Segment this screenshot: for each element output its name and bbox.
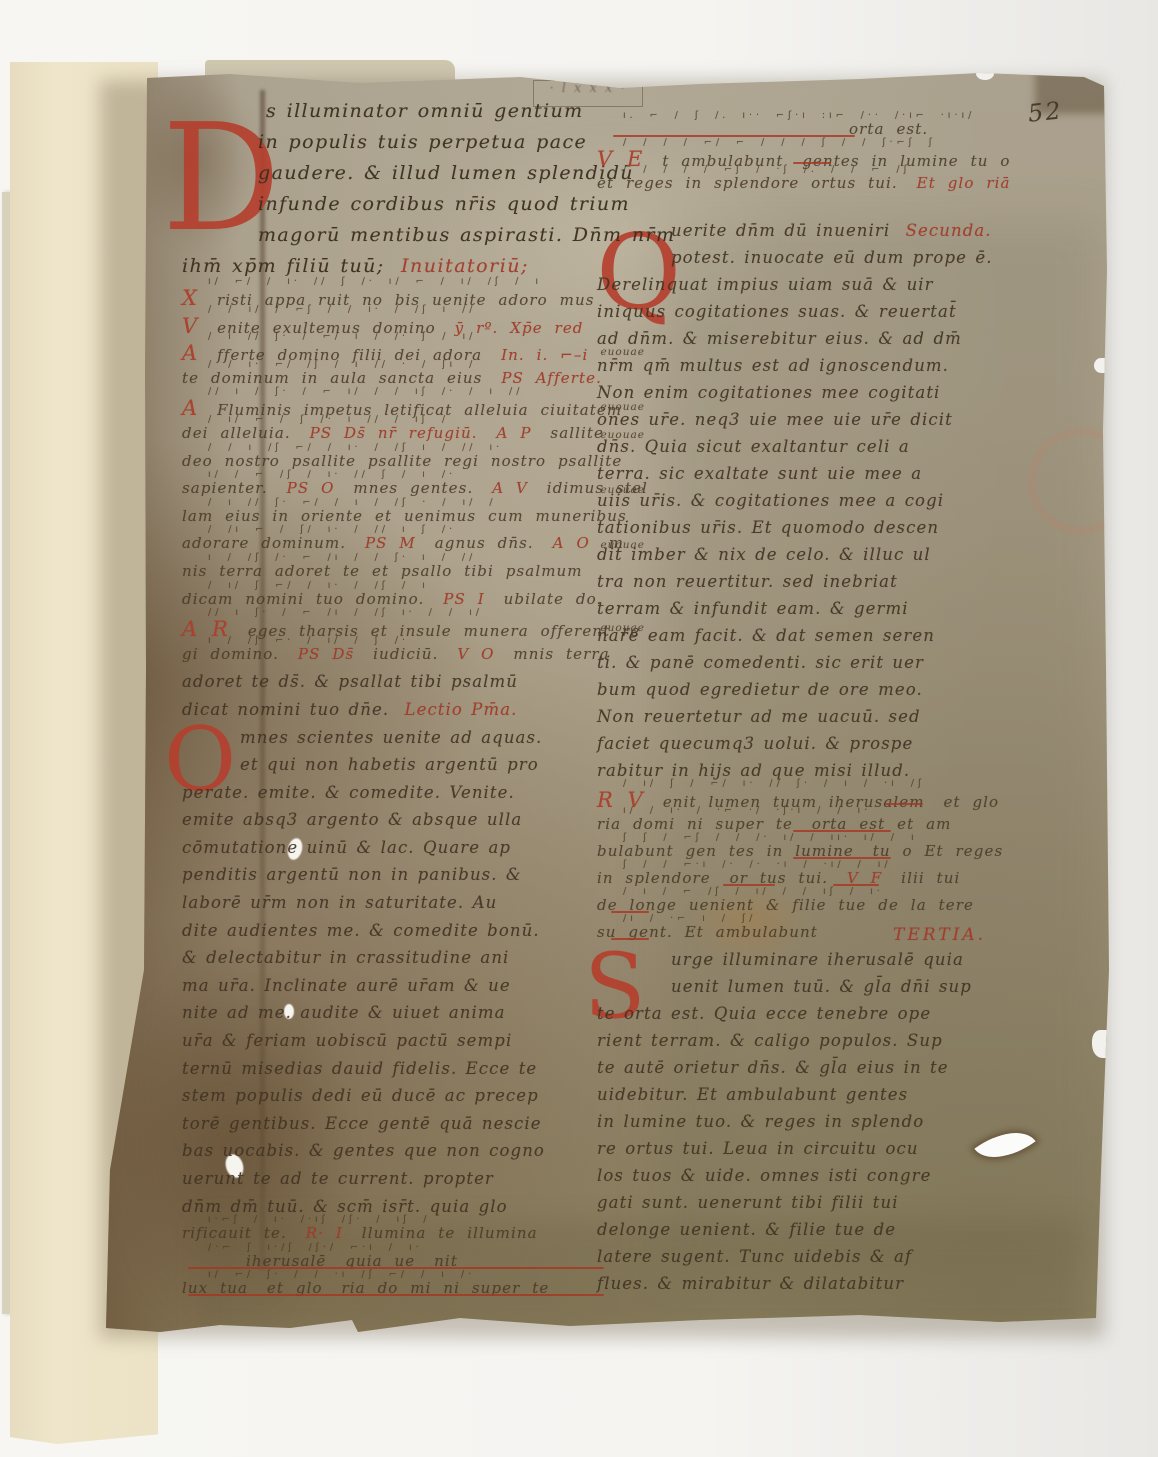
red-initial: V (182, 314, 198, 338)
text-line: laborē ur̄m non in saturitate. Au (182, 893, 618, 921)
line-text: nare eam facit. & dat semen seren (597, 626, 935, 645)
line-text: deo nostro psallite psallite regi nostro… (182, 452, 622, 470)
rubric-text: PS Afferte. (501, 369, 602, 387)
line-text: uenit lumen tuū. & gl̄a dn̄i sup (671, 977, 972, 996)
neume-row: ı∕ ⌐∕ ∕ ı· ∕∕ ʃ ∕· ı∕ ⌐ ∕ ı∕ ∕ʃ ∕ ı (208, 276, 542, 287)
neume-row: ı·⌐ʃ ∕ ı· ∕·ıʃ ∕ʃ· ∕ ıʃ ∕ (208, 1214, 431, 1225)
text-line: nare eam facit. & dat semen seren (597, 626, 1027, 653)
line-text: sallite (550, 424, 604, 442)
text-line: et qui non habetis argentū pro (182, 755, 618, 783)
line-text: ma ur̄a. Inclinate aurē ur̄am & ue (182, 976, 511, 995)
neume-row: ı ∕ ∕ʃ ⌐· ∕ ı∕ ∕ ʃ ∕· (208, 635, 409, 646)
neume-row: ı∕ ⌐∕ ʃ· ∕ ∕ ·ı ∕ʃ ⌐∕ ∕ ı ∕· (208, 1269, 475, 1280)
text-line: nite ad me. audite & uiuet anima (182, 1003, 618, 1031)
text-line: s illuminator omniū gentium (182, 100, 618, 131)
line-text: terra. sic exaltate sunt uie mee a (597, 464, 922, 483)
neume-row: ı∕ ∕ ⌐ ∕ʃ ∕ ı· ∕∕ ʃ ∕ ı ∕· (208, 469, 456, 480)
line-text: et qui non habetis argentū pro (240, 755, 539, 774)
rubric-text: PS Ds̄ nr̄ refugiū. (310, 424, 478, 442)
line-text: te autē orietur dn̄s. & gl̄a eius in te (597, 1058, 949, 1077)
text-line: cōmutatione uinū & lac. Quare ap (182, 838, 618, 866)
line-text: nr̄m qm̄ multus est ad ignoscendum. (597, 356, 949, 375)
neume-row: ∕ ∕ ∕ ∕ ⌐∕ ⌐ ∕ ∕ ∕ ʃ ∕ ∕ ʃ·⌐ʃ ʃ (623, 137, 936, 148)
text-line: terra. sic exaltate sunt uie mee a (597, 464, 1027, 491)
line-text: uerite dn̄m dū inueniri (671, 221, 890, 240)
text-line: mnes scientes uenite ad aquas. (182, 728, 618, 756)
rubric-text: PS I (443, 590, 484, 608)
line-text: laborē ur̄m non in saturitate. Au (182, 893, 497, 912)
rubric-text: R· I (306, 1224, 343, 1242)
neume-row: ∕ ı ∕∕ ʃ· ⌐∕ ∕ ı ∕ ∕ʃ · ∕ ı∕ ∕ (208, 497, 497, 508)
text-line: torē gentibus. Ecce gentē quā nescie (182, 1114, 618, 1142)
line-text: dicam nomini tuo domino. (182, 590, 424, 608)
line-text: & delectabitur in crassitudine ani (182, 948, 509, 967)
line-text: nit (434, 1252, 458, 1270)
edge-chip (976, 67, 994, 80)
red-initial: X (182, 286, 198, 310)
line-text: sapienter. (182, 479, 268, 497)
text-line: bum quod egredietur de ore meo. (597, 680, 1027, 707)
text-line: ur̄a & feriam uobiscū pactū sempi (182, 1031, 618, 1059)
line-text: Non reuertetur ad me uacuū. sed (597, 707, 921, 726)
line-text: ad dn̄m. & miserebitur eius. & ad dm̄ (597, 329, 962, 348)
neume-row: ∕ ∕ı ⌐ ∕ ʃ∕ ı· ∕ ∕∕ ı ʃ ∕· (208, 524, 456, 535)
line-text: ones ur̄e. neq3 uie mee uie ur̄e dicit (597, 410, 953, 429)
line-text: adorare dominum. (182, 534, 346, 552)
line-text: su gent. Et ambulabunt (597, 923, 818, 941)
text-line: tra non reuertitur. sed inebriat (597, 572, 1027, 599)
text-line: nr̄m qm̄ multus est ad ignoscendum. (597, 356, 1027, 383)
neume-row: ∕ ∕ ı ∕ʃ ⌐∕ ∕ ı· ∕ ∕ʃ ı ∕ ∕∕ ı· (208, 442, 503, 453)
rubric-text: In. i. ⌐–i (501, 346, 588, 364)
text-line: uenit lumen tuū. & gl̄a dn̄i sup (597, 977, 1027, 1004)
text-line: faciet quecumq3 uolui. & prospe (597, 734, 1027, 761)
line-text: perate. emite. & comedite. Venite. (182, 783, 515, 802)
line-text: te dominum in aula sancta eius (182, 369, 482, 387)
text-line: ∕ı ∕ ·⌐ ı ∕ ʃ∕ su gent. Et ambulabunt TE… (597, 923, 1027, 950)
line-text: cōmutatione uinū & lac. Quare ap (182, 838, 511, 857)
neume-row: ∕∕ ı ʃ· ∕ ⌐ ∕ı ∕ ∕ʃ ı· ∕ ∕ ı∕ (208, 607, 483, 618)
rubric-text: A V (492, 479, 528, 497)
line-text: gaudere. & illud lumen splendidū (258, 162, 634, 184)
line-text: flues. & mirabitur & dilatabitur (597, 1274, 904, 1293)
text-line: ma ur̄a. Inclinate aurē ur̄am & ue (182, 976, 618, 1004)
rubric-text: V O (457, 645, 494, 663)
text-line: delonge uenient. & filie tue de (597, 1220, 1027, 1247)
line-text: nite ad me. audite & uiuet anima (182, 1003, 506, 1022)
text-line: flues. & mirabitur & dilatabitur (597, 1274, 1027, 1301)
line-text: rient terram. & caligo populos. Sup (597, 1031, 943, 1050)
line-text: et glo (943, 793, 999, 811)
neume-row: ∕ ∕ ı· ⌐∕ ∕ʃ ∕ ı ∕∕ · ∕ ʃı ∕ (208, 359, 476, 370)
text-line: emite absq3 argento & absque ulla (182, 810, 618, 838)
line-text: in lumine tuo. & reges in splendo (597, 1112, 924, 1131)
line-text: bulabunt gen tes in lumine (597, 842, 854, 860)
line-text: or tus tui. (730, 869, 828, 887)
text-line: ad dn̄m. & miserebitur eius. & ad dm̄ (597, 329, 1027, 356)
rubric-text: A O (553, 534, 590, 552)
edge-chip (1094, 358, 1108, 373)
text-line: penditis argentū non in panibus. & (182, 865, 618, 893)
text-line: perate. emite. & comedite. Venite. (182, 783, 618, 811)
line-text: nis terra adoret te et psallo tibi psalm… (182, 562, 583, 580)
text-line: infunde cordibus nr̄is quod trium (182, 193, 618, 224)
text-line: stem populis dedi eū ducē ac precep (182, 1086, 618, 1114)
rubric-text: PS Ds̄ (298, 645, 354, 663)
line-text: lam eius in oriente et uenimus cum muner… (182, 507, 627, 525)
text-line: re ortus tui. Leua in circuitu ocu (597, 1139, 1027, 1166)
line-text: ria do mi ni super te (341, 1279, 549, 1297)
line-text: in populis tuis perpetua pace (258, 131, 587, 153)
text-line: Non reuertetur ad me uacuū. sed (597, 707, 1027, 734)
line-text: Derelinquat impius uiam suā & uir (597, 275, 934, 294)
line-text: ti. & panē comedenti. sic erit uer (597, 653, 924, 672)
line-text: re ortus tui. Leua in circuitu ocu (597, 1139, 919, 1158)
folio-number: 52 (1027, 96, 1064, 127)
text-line: uerunt te ad te current. propter (182, 1169, 618, 1197)
line-text: et glo (267, 1279, 323, 1297)
text-line: ternū misedias dauid fidelis. Ecce te (182, 1059, 618, 1087)
text-line: ti. & panē comedenti. sic erit uer (597, 653, 1027, 680)
rubric-text: Lectio Pm̄a. (405, 700, 518, 719)
neume-row: ʃ ʃ ∕ ⌐ʃ ∕ ∕ ∕· ı∕ ∕ ıı· ı∕ ∕ ı (623, 832, 918, 843)
neume-row: ı. ⌐ ∕ ʃ ∕. ı·· ⌐ʃ·ı :ı⌐ ∕·· ∕·ı⌐ ·ı·ı∕ (623, 110, 975, 121)
red-initial: A (182, 396, 198, 420)
line-text: ihm̄ xp̄m filiū tuū; (182, 255, 385, 277)
rubric-text: A P (497, 424, 532, 442)
line-text: potest. inuocate eū dum prope ē. (671, 248, 993, 267)
rubric-text: Inuitatoriū; (401, 255, 529, 277)
line-text: dn̄s. Quia sicut exaltantur celi a (597, 437, 910, 456)
line-text: tationibus ur̄is. Et quomodo descen (597, 518, 939, 537)
line-text: s illuminator omniū gentium (266, 100, 584, 122)
line-text: delonge uenient. & filie tue de (597, 1220, 896, 1239)
edge-chip (1092, 1030, 1112, 1058)
text-line: uiis ur̄is. & cogitationes mee a cogi (597, 491, 1027, 518)
text-line: ı∕ ⌐∕ ʃ· ∕ ∕ ·ı ∕ʃ ⌐∕ ∕ ı ∕· lux tua et … (182, 1279, 618, 1307)
right-text-column: ı. ⌐ ∕ ʃ ∕. ı·· ⌐ʃ·ı :ı⌐ ∕·· ∕·ı⌐ ·ı·ı∕ … (597, 120, 1027, 1301)
text-line: urge illuminare iherusalē quia (597, 950, 1027, 977)
rubric-text: PS M (365, 534, 416, 552)
neume-row: ∕ ı ∕ ⌐ ∕ʃ ∕ ı∕ ∕ ∕ ıʃ ∕ ı· (623, 886, 884, 897)
line-text: bum quod egredietur de ore meo. (597, 680, 923, 699)
neume-row: ʃ ∕ ∕ ⌐·ı ∕· ∕· ·ı ∕ ·ı∕ ∕ ı∕ (623, 859, 892, 870)
line-text: dite audientes me. & comedite bonū. (182, 921, 540, 940)
faded-ring-mark (1030, 430, 1132, 532)
text-line: los tuos & uide. omnes isti congre (597, 1166, 1027, 1193)
line-text: faciet quecumq3 uolui. & prospe (597, 734, 913, 753)
neume-row: ∕ ∕ ∕ ∕ ∕ ⌐ʃ ∕ ·ʃ ∕. ∕ ∕ ⌐ ∕ʃ (623, 164, 911, 175)
line-text: terram & infundit eam. & germi (597, 599, 909, 618)
text-line: te orta est. Quia ecce tenebre ope (597, 1004, 1027, 1031)
line-text: gi domino. (182, 645, 279, 663)
rubric-text: Et glo riā (917, 174, 1011, 192)
line-text: in splendore (597, 869, 711, 887)
rubric-text: PS O (287, 479, 335, 497)
rubric-text: Secunda. (906, 221, 992, 240)
line-text: orta est et am (812, 815, 952, 833)
neume-row: ∕ı ∕ ·⌐ ı ∕ ʃ∕ (623, 913, 756, 924)
line-text: tu o Et reges (873, 842, 1004, 860)
line-text: los tuos & uide. omnes isti congre (597, 1166, 931, 1185)
text-line: uerite dn̄m dū inueniri Secunda. (597, 221, 1027, 248)
neume-row: ı ∕ ∕ʃ ∕· ⌐ ∕ı ∕ ∕ ʃ· ı ∕ ∕∕ (208, 552, 476, 563)
line-text: quia ue (345, 1252, 415, 1270)
line-text: uidebitur. Et ambulabunt gentes (597, 1085, 908, 1104)
line-text: ur̄a & feriam uobiscū pactū sempi (182, 1031, 512, 1050)
line-text: iniquus cogitationes suas. & reuertat̄ (597, 302, 957, 321)
text-line: gaudere. & illud lumen splendidū (182, 162, 618, 193)
text-line: terram & infundit eam. & germi (597, 599, 1027, 626)
line-text: ubilate do. (504, 590, 603, 608)
line-text: lux tua (182, 1279, 248, 1297)
neume-row: ∕ ∕ ı∕ ∕ ⌐ʃ ∕ ∕ ı· ∕ ∕ʃ ı ∕∕ (208, 304, 477, 315)
line-text: adoret te ds̄. & psallat tibi psalmū (182, 672, 518, 691)
neume-row: ∕·⌐ ʃ ı·∕ʃ ∕ʃ·∕ ⌐·ı ∕ ı· (208, 1242, 423, 1253)
text-line: magorū mentibus aspirasti. Dn̄m nr̄m (182, 224, 618, 255)
text-line: in populis tuis perpetua pace (182, 131, 618, 162)
line-text: te orta est. Quia ecce tenebre ope (597, 1004, 931, 1023)
line-text: dicat nomini tuo dn̄e. (182, 700, 389, 719)
line-text: ria domi ni super te (597, 815, 793, 833)
neume-row: ∕ ı∕ ʃ ⌐∕ ∕ ı· ∕ ∕ʃ ∕ ı (208, 580, 429, 591)
line-text: dei alleluia. (182, 424, 291, 442)
line-text: dn̄m dm̄ tuū. & scm̄ isr̄t. quia glo (182, 1197, 508, 1216)
text-line: gati sunt. uenerunt tibi filii tui (597, 1193, 1027, 1220)
line-text: de longe uenient & filie tue de la tere (597, 896, 974, 914)
neume-row: ∕ ı∕ ʃ ∕ ⌐∕ ı· ∕∕ ʃ· ∕ ı ∕ ·ı ∕ʃ (623, 778, 925, 789)
line-text: stem populis dedi eū ducē ac precep (182, 1086, 539, 1105)
neume-row: ∕ ı∕ ⌐ ∕ ʃ ∕· ı ∕∕ ∕ ıʃ ∕ (208, 414, 449, 425)
text-line: iniquus cogitationes suas. & reuertat̄ (597, 302, 1027, 329)
text-line: potest. inuocate eū dum prope ē. (597, 248, 1027, 275)
text-line: dn̄s. Quia sicut exaltantur celi a (597, 437, 1027, 464)
line-text: emite absq3 argento & absque ulla (182, 810, 522, 829)
left-text-column: s illuminator omniū gentium in populis t… (182, 100, 618, 1307)
line-text: iudiciū. (373, 645, 438, 663)
line-text: ternū misedias dauid fidelis. Ecce te (182, 1059, 537, 1078)
line-text: dit imber & nix de celo. & illuc ul (597, 545, 931, 564)
line-text: urge illuminare iherusalē quia (671, 950, 964, 969)
line-text: uiis ur̄is. & cogitationes mee a cogi (597, 491, 944, 510)
line-text: bas uocabis. & gentes que non cogno (182, 1141, 545, 1160)
line-text: rificauit te. (182, 1224, 287, 1242)
rubric-text: V F (847, 869, 882, 887)
parchment-leaf: · l x̄ x x · 52 D O Q S s illuminator om… (100, 70, 1110, 1340)
neume-row: ı∕ ∕ ı· ∕ ·⌐ ·∕ ·ʃ·ı ∕ ∕ ı· (623, 805, 871, 816)
text-line: in lumine tuo. & reges in splendo (597, 1112, 1027, 1139)
neume-row: ∕ ı ∕∕ ʃ· ∕ ⌐∕ ı ∕ ∕· ʃ ∕ ı∕ (208, 331, 476, 342)
text-line: te autē orietur dn̄s. & gl̄a eius in te (597, 1058, 1027, 1085)
manuscript-photograph: · l x̄ x x · 52 D O Q S s illuminator om… (0, 0, 1158, 1457)
line-text: iherusalē (246, 1252, 326, 1270)
text-line: Derelinquat impius uiam suā & uir (597, 275, 1027, 302)
text-line: dit imber & nix de celo. & illuc ul (597, 545, 1027, 572)
text-line: dicat nomini tuo dn̄e. Lectio Pm̄a. (182, 700, 618, 728)
text-line: ı ∕ ∕ʃ ⌐· ∕ ı∕ ∕ ʃ ∕· gi domino. PS Ds̄ … (182, 645, 618, 673)
line-text: mnis terra (513, 645, 609, 663)
line-text: infunde cordibus nr̄is quod trium (258, 193, 630, 215)
line-text: uerunt te ad te current. propter (182, 1169, 494, 1188)
text-line: & delectabitur in crassitudine ani (182, 948, 618, 976)
red-initial: A (182, 341, 198, 365)
line-text: llumina te illumina (362, 1224, 538, 1242)
text-line: latere sugent. Tunc uidebis & af (597, 1247, 1027, 1274)
text-line: ones ur̄e. neq3 uie mee uie ur̄e dicit (597, 410, 1027, 437)
line-text: gati sunt. uenerunt tibi filii tui (597, 1193, 899, 1212)
line-text: mnes scientes uenite ad aquas. (240, 728, 542, 747)
line-text: mnes gentes. (353, 479, 473, 497)
line-text: agnus dn̄s. (435, 534, 534, 552)
text-line: uidebitur. Et ambulabunt gentes (597, 1085, 1027, 1112)
neume-row: ∕∕ ı ∕ ʃ· ∕ ⌐ ı∕ ∕ ∕ ıʃ ∕· ∕ ı ∕∕ (208, 386, 523, 397)
text-line: bas uocabis. & gentes que non cogno (182, 1141, 618, 1169)
line-text: tra non reuertitur. sed inebriat (597, 572, 898, 591)
text-line: rient terram. & caligo populos. Sup (597, 1031, 1027, 1058)
line-text: ilii tui (901, 869, 960, 887)
line-text: orta est. (849, 120, 928, 138)
text-line: dite audientes me. & comedite bonū. (182, 921, 618, 949)
text-line: Non enim cogitationes mee cogitati (597, 383, 1027, 410)
line-text: Non enim cogitationes mee cogitati (597, 383, 940, 402)
text-line: adoret te ds̄. & psallat tibi psalmū (182, 672, 618, 700)
line-text: et reges in splendore ortus tui. (597, 174, 898, 192)
rubric-text: TERTIA. (893, 925, 986, 945)
line-text: penditis argentū non in panibus. & (182, 865, 522, 884)
line-text: latere sugent. Tunc uidebis & af (597, 1247, 912, 1266)
line-text: torē gentibus. Ecce gentē quā nescie (182, 1114, 542, 1133)
text-line: tationibus ur̄is. Et quomodo descen (597, 518, 1027, 545)
text-line: ∕ ∕ ∕ ∕ ∕ ⌐ʃ ∕ ·ʃ ∕. ∕ ∕ ⌐ ∕ʃ et reges i… (597, 174, 1027, 201)
